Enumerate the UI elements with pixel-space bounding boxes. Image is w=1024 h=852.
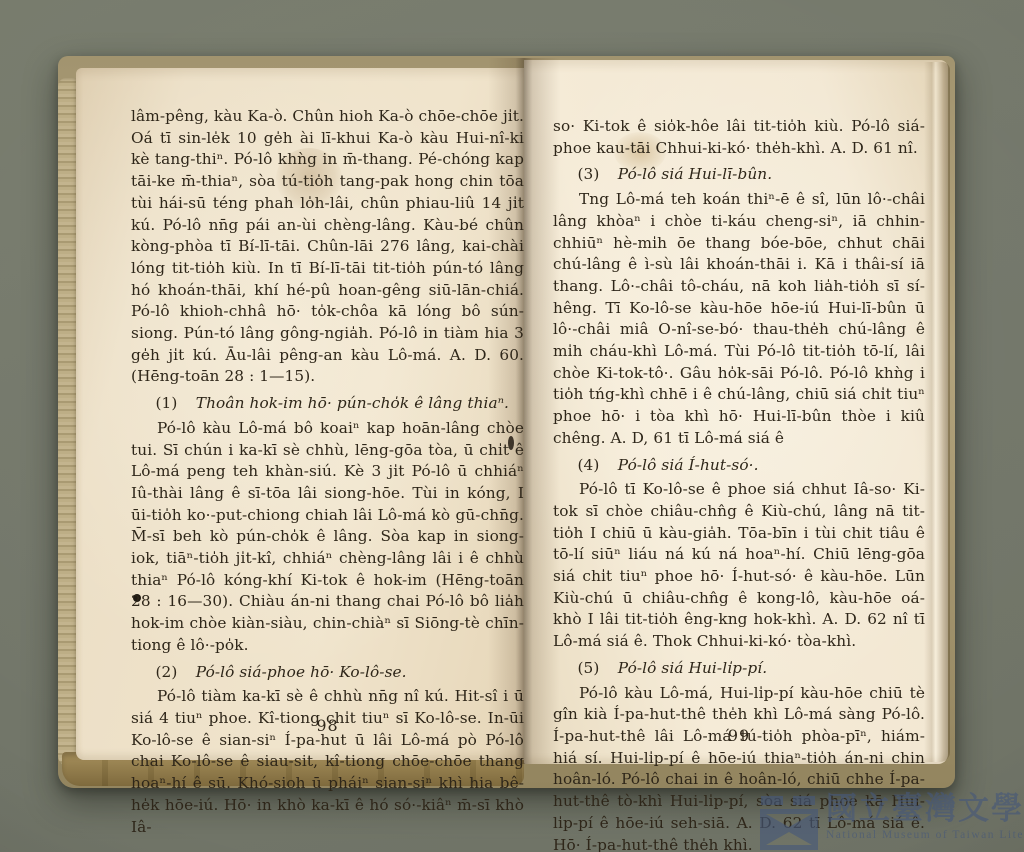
paragraph: Pó-lô tiàm ka-kī sè ê chhù nn̄g nî kú. H…: [131, 686, 524, 838]
section-heading: (3)Pó-lô siá Hui-lī-bûn.: [553, 164, 925, 186]
photo-background: lâm-pêng, kàu Ka-ò. Chûn hioh Ka-ò chōe-…: [0, 0, 1024, 852]
section-number: (5): [577, 659, 599, 677]
paragraph: Pó-lô tī Ko-lô-se ê phoe siá chhut Iâ-so…: [553, 479, 925, 653]
museum-logo-icon: [760, 796, 818, 850]
section-number: (2): [155, 663, 177, 681]
museum-watermark: 國立臺灣文學館 National Museum of Taiwan Litera…: [760, 792, 1024, 852]
section-heading: (5)Pó-lô siá Hui-li̍p-pí.: [553, 658, 925, 680]
paragraph: Tng Lô-má teh koán thiⁿ-ē ê sî, lūn lô·-…: [553, 189, 925, 449]
section-heading: (4)Pó-lô siá Í-hut-só·.: [553, 455, 925, 477]
section-number: (1): [155, 394, 177, 412]
section-title: Thoân hok-im hō· pún-cho̍k ê lâng thiaⁿ.: [196, 394, 509, 412]
section-number: (3): [577, 165, 599, 183]
section-title: Pó-lô siá Hui-li̍p-pí.: [618, 659, 767, 677]
section-heading: (1)Thoân hok-im hō· pún-cho̍k ê lâng thi…: [131, 393, 524, 415]
watermark-cjk-title: 國立臺灣文學館: [826, 792, 1024, 826]
section-number: (4): [577, 456, 599, 474]
section-title: Pó-lô siá Í-hut-só·.: [618, 456, 759, 474]
page-number-left: 98: [131, 716, 524, 735]
paragraph: lâm-pêng, kàu Ka-ò. Chûn hioh Ka-ò chōe-…: [131, 106, 524, 388]
paragraph: Pó-lô kàu Lô-má bô koaiⁿ kap hoān-lâng c…: [131, 418, 524, 657]
section-title: Pó-lô siá Hui-lī-bûn.: [618, 165, 772, 183]
page-number-right: 99: [553, 726, 925, 745]
right-page-edge: [924, 62, 950, 762]
section-heading: (2)Pó-lô siá-phoe hō· Ko-lô-se.: [131, 662, 524, 684]
paragraph: so· Ki-tok ê sio̍k-hôe lâi tit-tio̍h kiù…: [553, 116, 925, 159]
section-title: Pó-lô siá-phoe hō· Ko-lô-se.: [196, 663, 407, 681]
watermark-latin-title: National Museum of Taiwan Literature: [826, 828, 1024, 842]
watermark-text: 國立臺灣文學館 National Museum of Taiwan Litera…: [826, 792, 1024, 842]
